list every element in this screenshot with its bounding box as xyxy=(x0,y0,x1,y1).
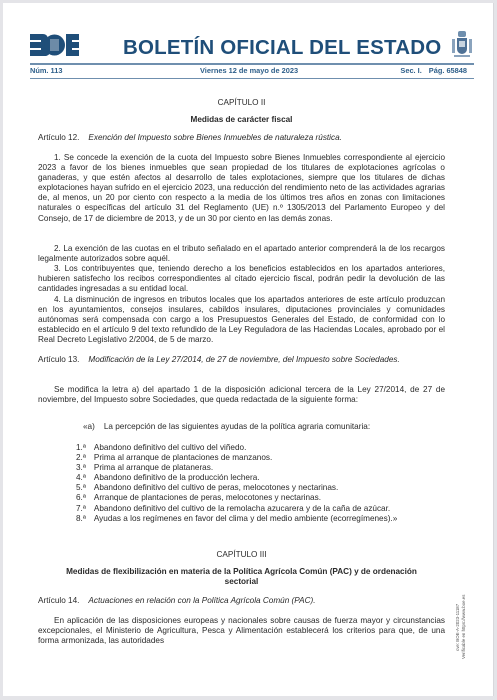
article-12-paragraph-4: 4. La disminución de ingresos en tributo… xyxy=(38,295,445,345)
document-page: BOLETÍN OFICIAL DEL ESTADO Núm. 113 Vier… xyxy=(3,3,494,696)
article-14-heading: Artículo 14.Actuaciones en relación con … xyxy=(38,596,445,606)
list-item: 8.ªAyudas a los regímenes en favor del c… xyxy=(61,514,445,524)
article-title: Actuaciones en relación con la Política … xyxy=(88,596,315,605)
list-item: 7.ªAbandono definitivo del cultivo de la… xyxy=(61,504,445,514)
issue-number: Núm. 113 xyxy=(30,66,62,75)
quoted-letter-a: «a)La percepción de las siguientes ayuda… xyxy=(83,422,465,432)
quote-label: «a) xyxy=(83,422,95,431)
article-number: Artículo 14. xyxy=(38,596,79,605)
boe-logo-icon xyxy=(30,34,79,56)
chapter-heading: Medidas de flexibilización en materia de… xyxy=(53,567,430,587)
article-12-paragraph-2: 2. La exención de las cuotas en el tribu… xyxy=(38,244,445,264)
article-12-heading: Artículo 12.Exención del Impuesto sobre … xyxy=(38,133,445,143)
article-number: Artículo 13. xyxy=(38,355,79,364)
article-12-paragraph-3: 3. Los contribuyentes que, teniendo dere… xyxy=(38,264,445,294)
article-13-intro: Se modifica la letra a) del apartado 1 d… xyxy=(38,385,445,405)
article-title: Exención del Impuesto sobre Bienes Inmue… xyxy=(88,133,342,142)
section-page: Sec. I.Pág. 65848 xyxy=(393,66,467,75)
article-title: Modificación de la Ley 27/2014, de 27 de… xyxy=(88,355,399,364)
article-14-paragraph-1: En aplicación de las disposiciones europ… xyxy=(38,616,445,646)
coat-of-arms-icon xyxy=(451,31,473,59)
chapter-label: CAPÍTULO II xyxy=(38,98,445,108)
cve-code: cve: BOE-A-2023-11187 xyxy=(455,604,460,651)
article-13-heading: Artículo 13.Modificación de la Ley 27/20… xyxy=(38,355,460,365)
list-item: 3.ªPrima al arranque de plataneras. xyxy=(61,463,445,473)
quote-text: La percepción de las siguientes ayudas d… xyxy=(104,422,370,431)
section-label: Sec. I. xyxy=(400,66,421,75)
publication-title: BOLETÍN OFICIAL DEL ESTADO xyxy=(123,36,441,60)
page-number: Pág. 65848 xyxy=(429,66,467,75)
chapter-label: CAPÍTULO III xyxy=(38,550,445,560)
article-number: Artículo 12. xyxy=(38,133,79,142)
chapter-heading: Medidas de carácter fiscal xyxy=(38,115,445,125)
header-rule-bottom xyxy=(30,78,474,79)
header-rule-top xyxy=(30,63,474,65)
verification-link[interactable]: Verificable en https://www.boe.es xyxy=(461,595,466,659)
list-item: 5.ªAbandono definitivo del cultivo de pe… xyxy=(61,483,445,493)
issue-date: Viernes 12 de mayo de 2023 xyxy=(200,66,298,75)
aid-list: 1.ªAbandono definitivo del cultivo del v… xyxy=(61,443,445,524)
list-item: 1.ªAbandono definitivo del cultivo del v… xyxy=(61,443,445,453)
list-item: 2.ªPrima al arranque de plantaciones de … xyxy=(61,453,445,463)
list-item: 6.ªArranque de plantaciones de peras, me… xyxy=(61,493,445,503)
list-item: 4.ªAbandono definitivo de la producción … xyxy=(61,473,445,483)
article-12-paragraph-1: 1. Se concede la exención de la cuota de… xyxy=(38,153,445,224)
